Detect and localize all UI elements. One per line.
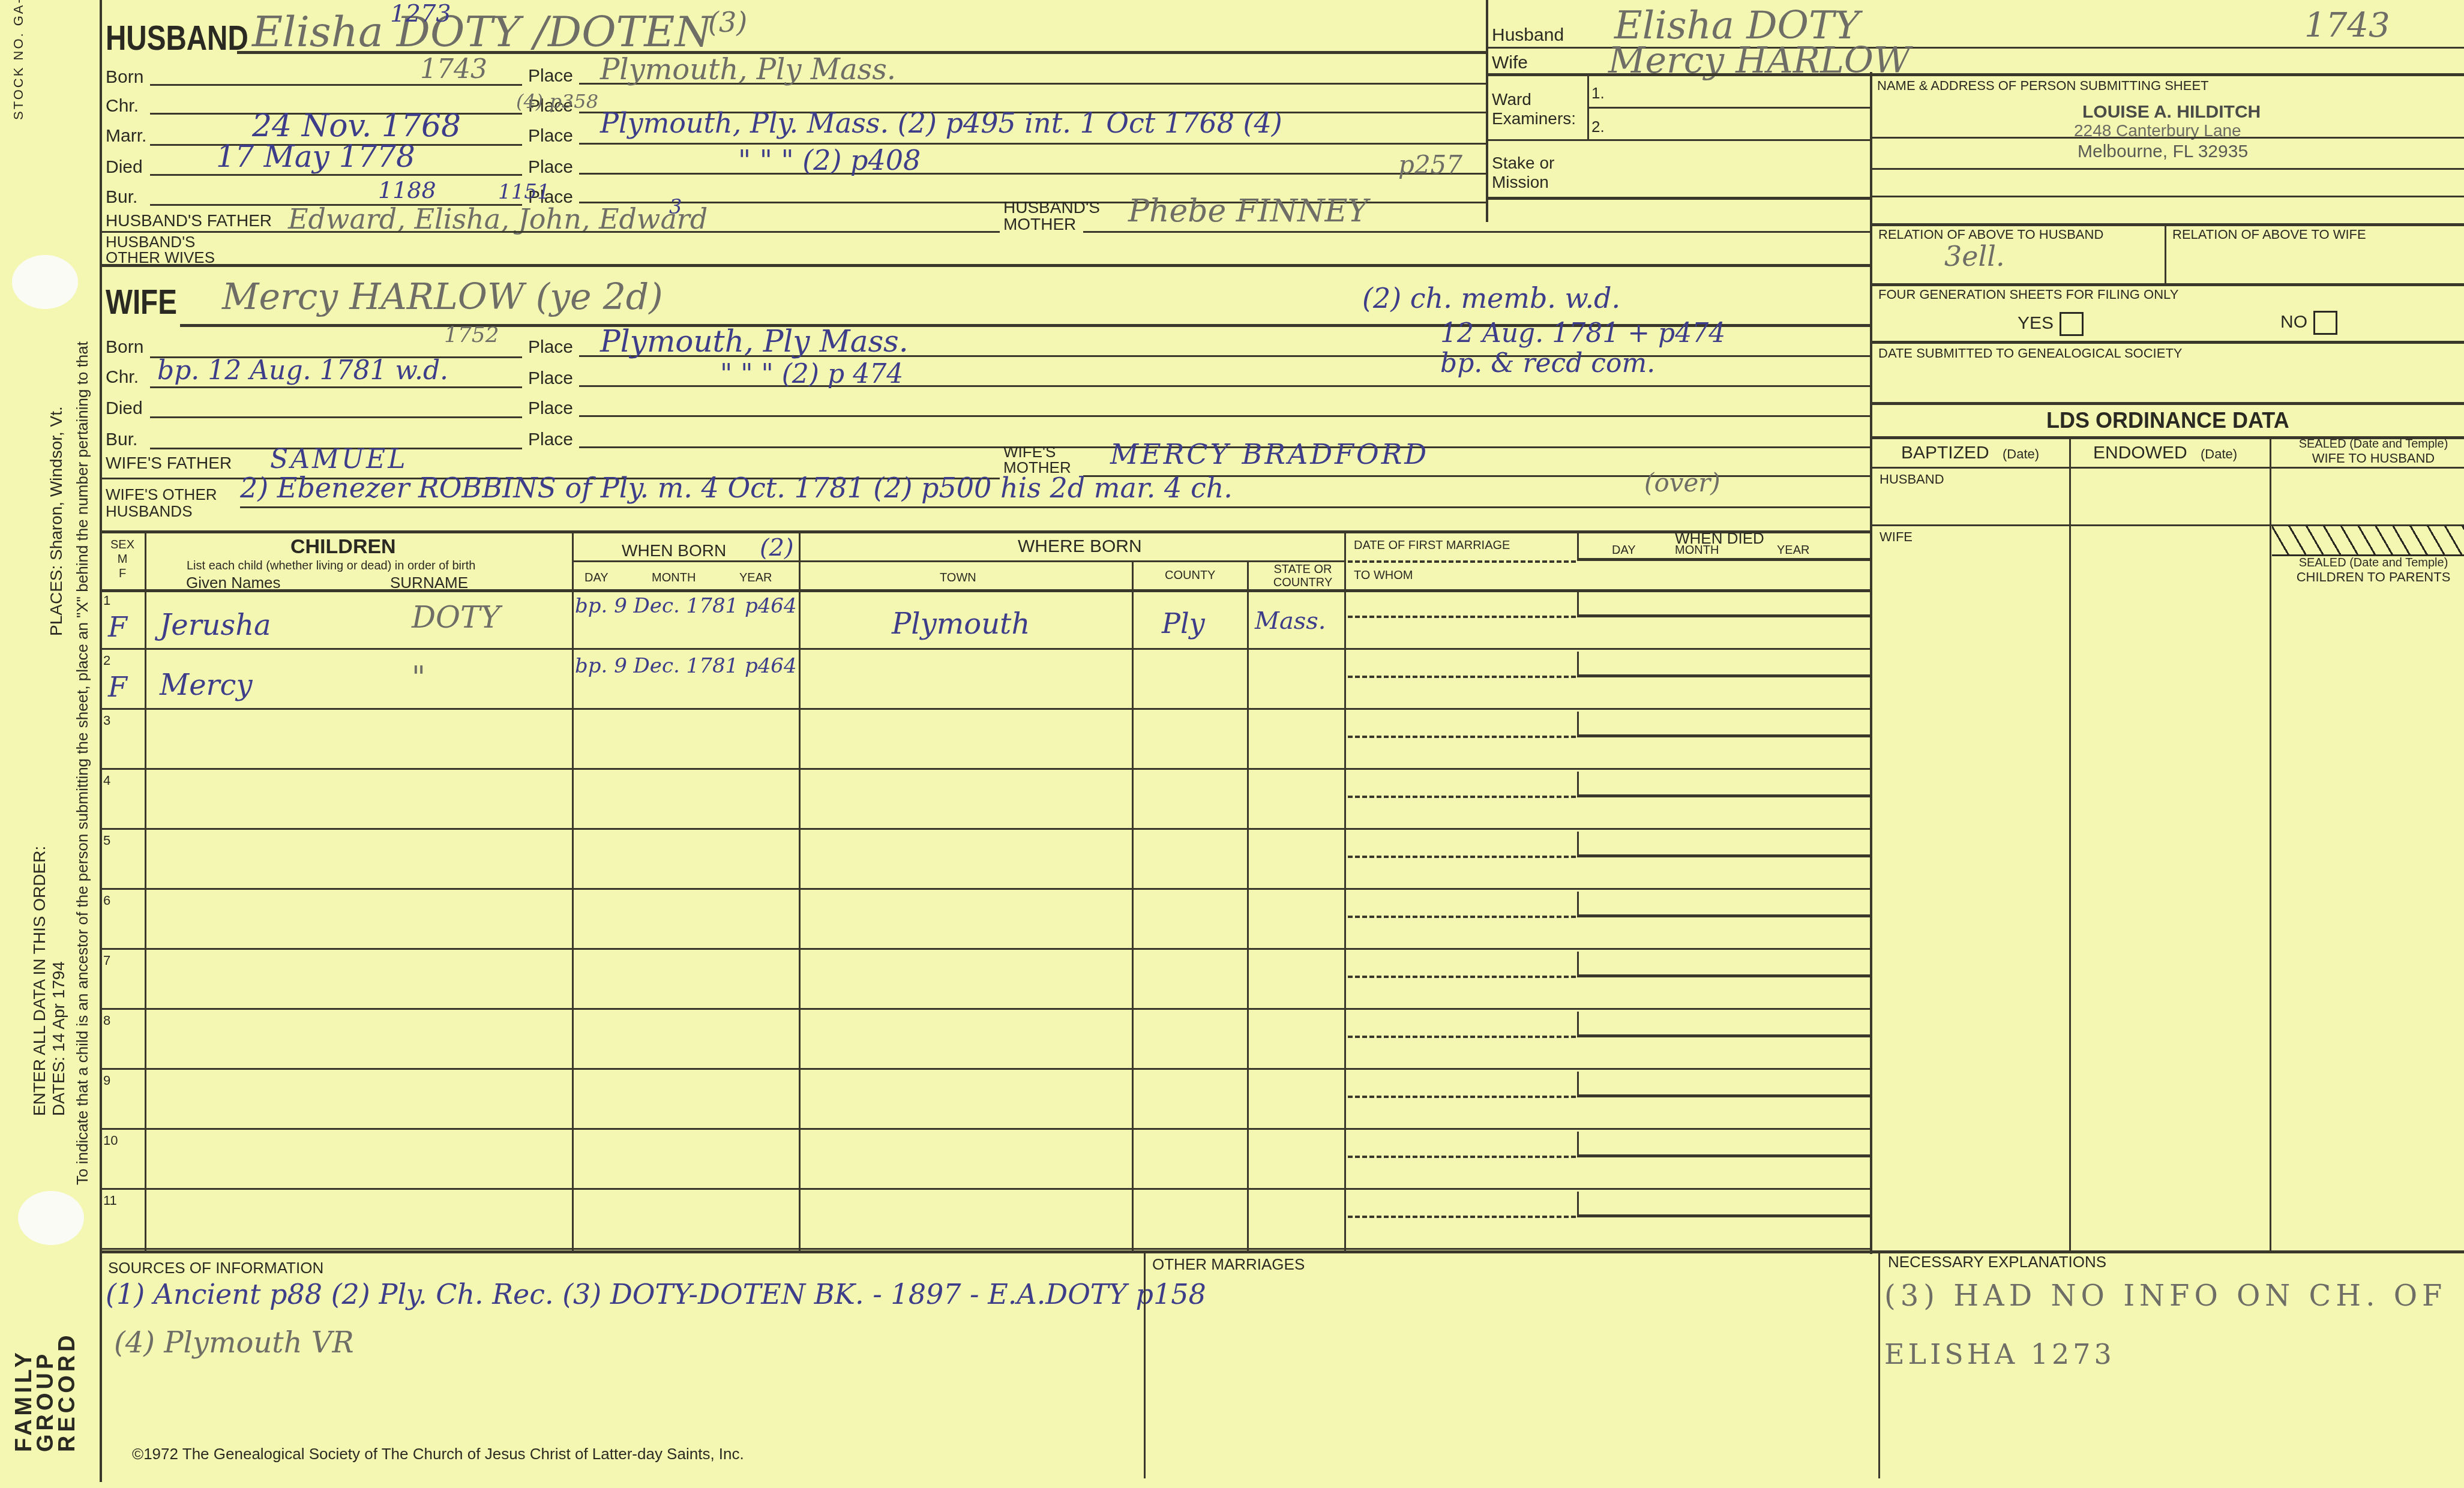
table-row[interactable]: 8 [100, 1009, 1870, 1069]
wife-note-2: 12 Aug. 1781 + p474 [1440, 318, 1725, 349]
died-cell-bottom [1577, 614, 1870, 617]
summary-wife-label: Wife [1492, 53, 1528, 73]
wife-name[interactable]: Mercy HARLOW (ye 2d) [222, 276, 663, 318]
lds-divider-1 [2069, 436, 2071, 1252]
to-whom-header: TO WHOM [1354, 569, 1413, 583]
lds-endowed: ENDOWED (Date) [2093, 443, 2237, 463]
died-year-header: YEAR [1777, 544, 1809, 557]
child-number: 2 [103, 653, 110, 668]
child-state[interactable]: Mass. [1255, 607, 1326, 635]
punch-hole-top [12, 255, 78, 309]
table-row[interactable]: 9 [100, 1069, 1870, 1129]
relation-divider [2165, 223, 2166, 283]
died-cell-bottom [1577, 914, 1870, 917]
wife-over-note: (over) [1644, 468, 1720, 497]
yes-label: YES [2018, 313, 2054, 333]
submitter-label: NAME & ADDRESS OF PERSON SUBMITTING SHEE… [1877, 78, 2209, 94]
table-row[interactable]: 6 [100, 889, 1870, 949]
husband-died-line [150, 174, 522, 176]
copyright: ©1972 The Genealogical Society of The Ch… [132, 1445, 744, 1463]
date-submitted-bottom [1872, 402, 2464, 405]
husband-father[interactable]: Edward, Elisha, John, Edward [288, 203, 708, 235]
husband-father-label: HUSBAND'S FATHER [106, 211, 272, 230]
submitter-line-2 [1872, 168, 2464, 170]
wife-place-label: Place [528, 368, 573, 389]
died-cell-divider [1577, 592, 1579, 617]
wife-other-husbands-line [240, 506, 1870, 508]
wife-mother-label: WIFE'S MOTHER [1003, 444, 1087, 475]
husband-born-place[interactable]: Plymouth, Ply Mass. [600, 53, 896, 86]
child-birth[interactable]: bp. 9 Dec. 1781 p464 [575, 654, 797, 678]
marriage-dash [1348, 736, 1576, 738]
husband-born-label: Born [106, 67, 143, 88]
form-title-line: RECORD [56, 1331, 78, 1452]
stock-number: STOCK NO. GA-032 [11, 0, 26, 120]
died-day-header: DAY [1612, 544, 1636, 557]
summary-husband-label: Husband [1492, 25, 1564, 46]
child-birth[interactable]: bp. 9 Dec. 1781 p464 [575, 594, 797, 618]
table-row[interactable]: 7 [100, 949, 1870, 1009]
husband-father-line [100, 231, 1000, 233]
husband-other-wives-label: HUSBAND'S OTHER WIVES [106, 234, 226, 265]
child-number: 7 [103, 953, 110, 968]
table-row[interactable]: 11 [100, 1189, 1870, 1249]
sex-header-line: M [104, 552, 140, 566]
wife-born-date[interactable]: 1752 [444, 323, 499, 347]
husband-place-label: Place [528, 66, 573, 86]
marriage-dash [1348, 1036, 1576, 1038]
died-cell-divider [1577, 772, 1579, 797]
died-cell-divider [1577, 832, 1579, 857]
child-number: 5 [103, 833, 110, 848]
punch-hole-bottom [18, 1191, 84, 1245]
marriage-dash [1348, 976, 1576, 978]
stake-mission-label: Stake or Mission [1492, 154, 1582, 192]
died-cell-bottom [1577, 674, 1870, 677]
sex-header-line: F [104, 566, 140, 581]
sealed-children-line-2: CHILDREN TO PARENTS [2286, 570, 2460, 584]
child-number: 1 [103, 593, 110, 608]
died-cell-divider [1577, 712, 1579, 737]
wife-chr-label: Chr. [106, 367, 139, 388]
sealed-children-label: SEALED (Date and Temple) CHILDREN TO PAR… [2286, 556, 2460, 584]
husband-place-label: Place [528, 157, 573, 178]
husband-name[interactable]: Elisha DOTY /DOTEN [252, 7, 712, 56]
first-marriage-header: DATE OF FIRST MARRIAGE [1354, 539, 1510, 553]
died-cell-divider [1577, 1132, 1579, 1157]
wife-heading: WIFE [106, 282, 177, 322]
baptized-label: BAPTIZED [1901, 443, 1989, 463]
husband-chr-label: Chr. [106, 96, 139, 116]
form-title: FAMILY GROUP RECORD [13, 1331, 78, 1452]
wife-other-husbands-label: WIFE'S OTHER HUSBANDS [106, 486, 238, 520]
table-row[interactable]: 2 F Mercy " bp. 9 Dec. 1781 p464 [100, 649, 1870, 709]
husband-bur-note-1: 1188 [378, 177, 436, 203]
died-cell-divider [1577, 952, 1579, 977]
month-header: MONTH [652, 571, 696, 585]
child-sex[interactable]: F [108, 611, 127, 643]
sex-header-line: SEX [104, 538, 140, 552]
child-sex[interactable]: F [108, 671, 127, 703]
died-month-header: MONTH [1675, 544, 1719, 557]
wife-note-3: bp. & recd com. [1440, 348, 1655, 379]
children-table-bottom [100, 1250, 2464, 1253]
dates-order: DATES: 14 Apr 1794 [49, 961, 68, 1116]
wife-other-husbands[interactable]: 2) Ebenezer ROBBINS of Ply. m. 4 Oct. 17… [240, 472, 1233, 504]
sealed-wife-line-2: WIFE TO HUSBAND [2286, 451, 2460, 466]
explanations-line-1[interactable]: (3) HAD NO INFO ON CH. OF [1884, 1279, 2447, 1313]
marriage-dash [1348, 856, 1576, 858]
husband-father-superscript: 3 [669, 195, 682, 219]
child-number: 11 [103, 1193, 117, 1208]
marriage-dash [1348, 1156, 1576, 1158]
submitter-city[interactable]: Melbourne, FL 32935 [2078, 142, 2248, 162]
lds-husband-row: HUSBAND [1880, 472, 1944, 487]
husband-marr-date[interactable]: 24 Nov. 1768 [252, 108, 461, 144]
where-born-header: WHERE BORN [1018, 536, 1142, 557]
town-header: TOWN [940, 571, 976, 585]
husband-heading: HUSBAND [106, 18, 248, 58]
died-cell-bottom [1577, 1154, 1870, 1157]
sealed-wife-label: SEALED (Date and Temple) WIFE TO HUSBAND [2286, 437, 2460, 466]
husband-place-label: Place [528, 126, 573, 146]
county-header: COUNTY [1165, 569, 1215, 583]
wife-bur-label: Bur. [106, 430, 137, 450]
when-born-sub-line [572, 560, 1344, 562]
row-bottom [100, 1248, 1870, 1250]
table-row[interactable]: 10 [100, 1129, 1870, 1189]
died-cell-bottom [1577, 1034, 1870, 1037]
child-given-name[interactable]: Jerusha [160, 608, 271, 642]
died-cell-bottom [1577, 1214, 1870, 1217]
table-row[interactable]: 3 [100, 709, 1870, 769]
date-hint: (Date) [2003, 446, 2039, 461]
husband-bur-label: Bur. [106, 187, 137, 208]
child-surname[interactable]: DOTY [412, 600, 500, 635]
when-born-note: (2) [760, 534, 794, 562]
wife-died-line [150, 416, 522, 418]
husband-bur-note-2: 1151 [498, 180, 550, 204]
husband-name-superscript: 1273 [390, 0, 451, 28]
husband-mother-label: HUSBAND'S MOTHER [1003, 199, 1105, 233]
wife-born-label: Born [106, 337, 143, 358]
husband-died-place-line [579, 173, 1486, 175]
husband-marr-label: Marr. [106, 126, 146, 146]
form-title-line: FAMILY [13, 1331, 35, 1452]
husband-name-source: (3) [708, 6, 747, 38]
children-subtitle: List each child (whether living or dead)… [187, 559, 475, 573]
submitter-line-1 [1872, 137, 2464, 139]
child-given-name[interactable]: Mercy [160, 668, 253, 702]
submitter-bottom [1872, 223, 2464, 226]
ward-examiners-label: Ward Examiners: [1492, 90, 1588, 128]
marriage-dash [1348, 1216, 1576, 1218]
date-submitted-label: DATE SUBMITTED TO GENEALOGICAL SOCIETY [1878, 346, 2183, 361]
marriage-dash [1348, 916, 1576, 918]
places-order: PLACES: Sharon, Windsor, Vt. [47, 406, 66, 636]
examiner-1-line [1587, 107, 1870, 109]
wife-place-label: Place [528, 337, 573, 358]
ward-divider [1587, 73, 1589, 139]
died-cell-bottom [1577, 1094, 1870, 1097]
summary-husband-year: 1743 [2304, 6, 2390, 45]
year-header: YEAR [739, 571, 772, 585]
died-header-divider [1577, 530, 1579, 559]
died-header-bottom [1577, 558, 1870, 561]
marriage-dash [1348, 676, 1576, 678]
child-number: 10 [103, 1133, 118, 1148]
wife-father-label: WIFE'S FATHER [106, 454, 232, 473]
husband-died-place[interactable]: " " " (2) p408 [738, 144, 921, 176]
ward-bottom-line [1486, 139, 1870, 141]
wife-place-label: Place [528, 430, 573, 450]
lds-wife-row: WIFE [1880, 529, 1913, 545]
lds-divider-2 [2270, 436, 2271, 1252]
relation-bottom [1872, 283, 2464, 286]
yes-checkbox[interactable] [2060, 312, 2084, 336]
husband-born-date[interactable]: 1743 [420, 54, 487, 85]
relation-husband-value[interactable]: 3ell. [1944, 240, 2005, 272]
state-header: STATE OR COUNTRY [1264, 563, 1342, 589]
marriage-dash [1348, 796, 1576, 798]
table-row[interactable]: 1 F Jerusha DOTY bp. 9 Dec. 1781 p464 Pl… [100, 589, 1870, 649]
died-cell-divider [1577, 892, 1579, 917]
first-marriage-dash [1348, 560, 1576, 563]
husband-section-bottom [100, 264, 1870, 267]
child-number: 9 [103, 1073, 110, 1088]
sources-line-1[interactable]: (1) Ancient p88 (2) Ply. Ch. Rec. (3) DO… [106, 1278, 1206, 1310]
lds-baptized: BAPTIZED (Date) [1901, 443, 2039, 463]
marriage-dash [1348, 616, 1576, 618]
no-checkbox[interactable] [2313, 311, 2337, 335]
submitter-name[interactable]: LOUISE A. HILDITCH [2082, 102, 2261, 122]
husband-mother-label-text: HUSBAND'S MOTHER [1003, 199, 1105, 233]
table-row[interactable]: 4 [100, 769, 1870, 829]
wife-note-1: (2) ch. memb. w.d. [1362, 282, 1620, 314]
endowed-label: ENDOWED [2093, 443, 2187, 463]
explanations-line-2[interactable]: ELISHA 1273 [1884, 1338, 2115, 1370]
died-cell-divider [1577, 1012, 1579, 1037]
wife-chr-place[interactable]: " " " (2) p 474 [720, 359, 903, 389]
wife-died-label: Died [106, 398, 143, 419]
examiner-2[interactable]: 2. [1591, 118, 1605, 136]
husband-mother-line [1083, 231, 1870, 233]
stake-bottom-line [1486, 197, 1870, 200]
ancestor-note: To indicate that a child is an ancestor … [73, 341, 92, 1185]
form-title-line: GROUP [35, 1331, 56, 1452]
husband-died-note: p257 [1398, 150, 1462, 179]
day-header: DAY [584, 571, 608, 585]
child-number: 8 [103, 1013, 110, 1028]
no-label: NO [2280, 312, 2307, 332]
summary-wife-line [1486, 73, 2464, 76]
date-hint: (Date) [2201, 446, 2237, 461]
lds-header-bottom [1872, 467, 2464, 469]
divider-right-panel [1486, 0, 1488, 222]
divider-submitter [1870, 72, 1872, 1254]
child-town[interactable]: Plymouth [892, 607, 1030, 641]
four-gen-label: FOUR GENERATION SHEETS FOR FILING ONLY [1878, 287, 2178, 302]
child-number: 4 [103, 773, 110, 788]
wife-chr-line [150, 386, 522, 388]
died-cell-divider [1577, 652, 1579, 677]
child-number: 3 [103, 713, 110, 728]
lds-title: LDS ORDINANCE DATA [2046, 408, 2289, 433]
other-marriages-label: OTHER MARRIAGES [1152, 1255, 1305, 1274]
died-cell-bottom [1577, 854, 1870, 857]
died-cell-bottom [1577, 974, 1870, 977]
children-table: SEX M F CHILDREN List each child (whethe… [100, 530, 1870, 1250]
wife-place-label: Place [528, 398, 573, 419]
sex-header: SEX M F [104, 538, 140, 581]
table-row[interactable]: 5 [100, 829, 1870, 889]
explanations-divider [1878, 1250, 1880, 1478]
sealed-hatch-area [2272, 526, 2464, 556]
husband-marr-place-line [579, 143, 1486, 145]
examiner-1[interactable]: 1. [1591, 84, 1605, 103]
sources-line-2[interactable]: (4) Plymouth VR [114, 1326, 354, 1360]
wife-chr-date[interactable]: bp. 12 Aug. 1781 w.d. [157, 355, 448, 386]
died-cell-bottom [1577, 794, 1870, 797]
wife-died-place-line [579, 415, 1870, 417]
sources-label: SOURCES OF INFORMATION [108, 1259, 323, 1277]
marriage-dash [1348, 1096, 1576, 1098]
sealed-wife-line-1: SEALED (Date and Temple) [2286, 437, 2460, 451]
sealed-children-line-1: SEALED (Date and Temple) [2286, 556, 2460, 570]
four-gen-yes[interactable]: YES [2018, 312, 2084, 336]
relation-wife-label: RELATION OF ABOVE TO WIFE [2172, 227, 2366, 242]
four-gen-no[interactable]: NO [2280, 311, 2337, 335]
died-cell-divider [1577, 1192, 1579, 1217]
died-cell-divider [1577, 1072, 1579, 1097]
husband-chr-place-note: (4) p358 [516, 90, 598, 113]
wife-born-place[interactable]: Plymouth, Ply Mass. [600, 324, 909, 359]
wife-mother[interactable]: MERCY BRADFORD [1110, 438, 1429, 470]
husband-marr-place[interactable]: Plymouth, Ply. Mass. (2) p495 int. 1 Oct… [600, 107, 1282, 139]
husband-died-label: Died [106, 157, 143, 178]
other-marriages-divider [1144, 1250, 1146, 1478]
child-county[interactable]: Ply [1162, 607, 1205, 640]
wife-father[interactable]: SAMUEL [270, 444, 407, 475]
when-born-header: WHEN BORN [622, 541, 726, 560]
husband-mother[interactable]: Phebe FINNEY [1128, 193, 1368, 229]
four-gen-bottom [1872, 341, 2464, 344]
enter-order: ENTER ALL DATA IN THIS ORDER: [30, 846, 49, 1116]
child-surname[interactable]: " [412, 660, 425, 695]
died-cell-bottom [1577, 734, 1870, 737]
submitter-line-3 [1872, 196, 2464, 197]
husband-died-date[interactable]: 17 May 1778 [216, 139, 415, 174]
child-number: 6 [103, 893, 110, 908]
children-title: CHILDREN [290, 535, 396, 559]
explanations-label: NECESSARY EXPLANATIONS [1888, 1253, 2106, 1271]
